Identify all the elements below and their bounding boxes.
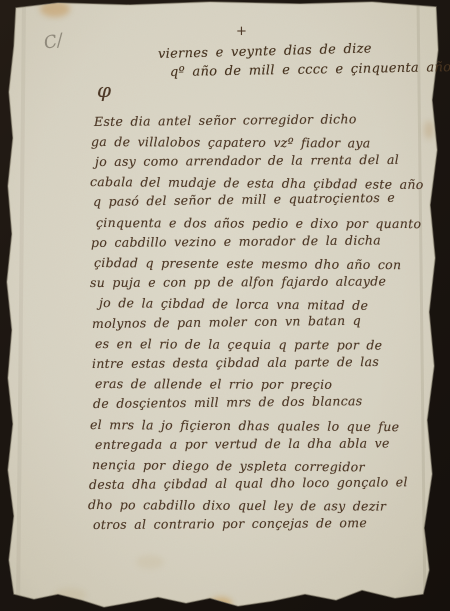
manuscript-text-line: çinquenta e dos años pedio e dixo por qu… xyxy=(96,215,421,231)
manuscript-text-line: el mrs la jo fiçieron dhas quales lo que… xyxy=(90,417,399,434)
heading-year-line: qº año de mill e cccc e çinquenta años xyxy=(170,60,450,80)
manuscript-text-line: su puja e con pp de alfon fajardo alcayd… xyxy=(90,273,386,290)
handwriting-layer: C/ + viernes e veynte dias de dize qº añ… xyxy=(0,0,450,611)
manuscript-text-line: jo de la çibdad de lorca vna mitad de xyxy=(99,295,368,313)
manuscript-text-line: otros al contrario por conçejas de ome xyxy=(93,515,367,532)
manuscript-text-line: es en el rio de la çequia q parte por de xyxy=(95,336,382,353)
heading-date-line: viernes e veynte dias de dize xyxy=(158,41,372,62)
manuscript-text-line: molynos de pan moler con vn batan q xyxy=(92,313,361,331)
manuscript-text-line: nençia por diego de yspleta corregidor xyxy=(92,457,365,474)
manuscript-text-line: ga de villalobos çapatero vzº fiador aya xyxy=(91,134,371,150)
manuscript-text-line: intre estas desta çibdad ala parte de la… xyxy=(92,354,379,371)
manuscript-text-line: eras de allende el rrio por preçio xyxy=(95,376,332,392)
manuscript-text-line: q pasó del señor de mill e quatroçientos… xyxy=(93,190,395,209)
manuscript-text-line: jo asy como arrendador de la rrenta del … xyxy=(95,152,399,169)
manuscript-scan: C/ + viernes e veynte dias de dize qº añ… xyxy=(0,0,450,611)
manuscript-text-line: de dosçientos mill mrs de dos blancas xyxy=(93,393,363,411)
manuscript-text-line: po cabdillo vezino e morador de la dicha xyxy=(91,232,381,250)
paragraph-mark: φ xyxy=(97,78,111,102)
invocation-cross-mark: + xyxy=(236,24,247,39)
manuscript-text-line: desta dha çibdad al qual dho loco gonçal… xyxy=(89,474,408,492)
manuscript-text-line: çibdad q presente este mesmo dho año con xyxy=(94,255,401,272)
manuscript-text-line: entregada a por vertud de la dha abla ve xyxy=(95,435,390,452)
manuscript-text-line: dho po cabdillo dixo quel ley de asy dez… xyxy=(88,497,386,514)
folio-mark: C/ xyxy=(42,30,64,53)
manuscript-text-line: Este dia antel señor corregidor dicho xyxy=(94,111,357,129)
